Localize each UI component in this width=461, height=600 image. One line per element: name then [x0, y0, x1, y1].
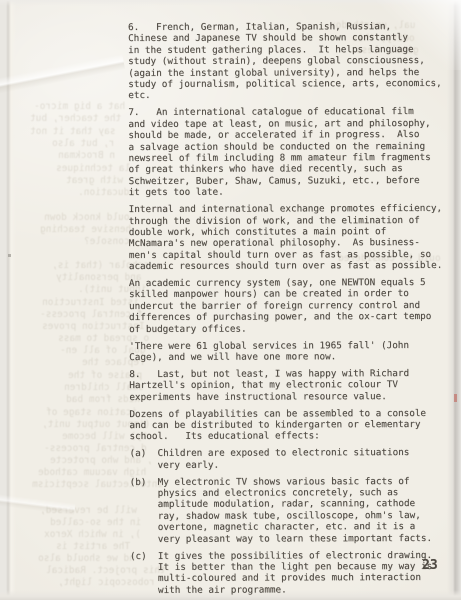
ghost-text-line: hat a big micro- [34, 101, 125, 112]
page-number: 23 [422, 558, 438, 573]
text-line: multi-coloured and it provides much inte… [130, 572, 452, 585]
text-line: of budgetary offices. [129, 323, 451, 336]
text-line: etc. [128, 89, 450, 102]
text-line: through the division of work, and the el… [129, 214, 451, 227]
text-line: McNamara's new operational philosophy. A… [129, 237, 451, 250]
ghost-text-line: ), in which Xerox [44, 529, 141, 540]
ghost-text-line: in the so-called [50, 517, 141, 528]
text-line: skilled manpower hours) can be created i… [129, 288, 451, 301]
text-line: 8. Last, but not least, I was happy with… [129, 368, 451, 381]
text-line: 'There were 61 global services in 1965 f… [129, 339, 451, 352]
paragraph: An academic currency system (say, one NE… [129, 277, 451, 335]
text-line: (a) Children are exposed to electronic s… [129, 447, 451, 460]
text-line: Chinese and Japanese TV should be shown … [128, 32, 450, 45]
ghost-text-line: ication stage of [46, 407, 137, 418]
ghost-text-line: console? [84, 236, 130, 247]
text-line: Cage), and we will have one more now. [129, 351, 451, 364]
ghost-text-line: r, but also [52, 138, 115, 149]
text-line: school. Its educational effects: [129, 430, 451, 443]
paragraph: 7. An international catalogue of educati… [128, 106, 450, 198]
paragraph: 8. Last, but not least, I was happy with… [129, 368, 451, 403]
ghost-text-line: The artist is [56, 541, 130, 552]
text-line: very early. [130, 459, 452, 472]
ghost-text-line: say that it not [30, 126, 115, 137]
text-line: amplitude modulation, radar, scanning, c… [130, 498, 452, 511]
text-line: and can be distributed to kindergarten o… [129, 419, 451, 432]
text-line: 7. An international catalogue of educati… [128, 106, 450, 119]
paragraph: Dozens of playabilities can be assembled… [129, 407, 451, 442]
ghost-text-line: f central process- [40, 309, 143, 320]
text-line: study of journalism, political science, … [128, 78, 450, 91]
text-line: differences of purchasing power, and the… [129, 311, 451, 324]
ghost-text-line: n Brockman [58, 150, 115, 161]
red-edge-mark [454, 394, 457, 402]
ghost-text-line: isted Instruction [42, 297, 139, 308]
ghost-text-line: education. [78, 187, 135, 198]
paragraph: 'There were 61 global services in 1965 f… [129, 339, 451, 363]
ghost-text-line: hensive teaching [40, 224, 131, 235]
text-line: Internal and international exchange prom… [129, 203, 451, 216]
scanned-document-page: ual, unorthodoxodity, thisginal, lesshat… [0, 0, 461, 600]
text-line: academic resources should turn over as f… [129, 260, 451, 273]
text-line: should be made, or accelerated if in pro… [128, 129, 450, 142]
ghost-text-line: ould knock down [44, 212, 129, 223]
ghost-text-line: the teacher, but [30, 113, 121, 124]
paragraph: 6. French, German, Italian, Spanish, Rus… [128, 21, 450, 102]
ghost-text-line: la techniques [56, 163, 130, 174]
text-line: very pleasant way to learn these importa… [130, 533, 452, 546]
paragraph: (a) Children are exposed to electronic s… [129, 447, 451, 471]
text-line: it gets too late. [129, 186, 451, 199]
paragraph: Internal and international exchange prom… [129, 203, 451, 273]
text-line: experiments have instructional resource … [129, 391, 451, 404]
text-line: study (without strain), deepens global c… [128, 55, 450, 68]
paragraph: (b) My electronic TV shows various basic… [130, 475, 452, 545]
text-line: overtone, magnetic character, etc. and i… [130, 521, 452, 534]
text-line: of great thinkers who have died recently… [128, 163, 450, 176]
paper-speck [8, 254, 11, 257]
text-line: (b) My electronic TV shows various basic… [130, 475, 452, 488]
paragraph: (c) It gives the possibilities of electr… [130, 549, 452, 596]
typewritten-text: 6. French, German, Italian, Spanish, Rus… [128, 21, 452, 600]
text-line: Schweitzer, Buber, Shaw, Camus, Suzuki, … [129, 175, 451, 188]
text-line: with the air programme. [130, 584, 452, 597]
ghost-text-line: nd we should also [38, 553, 135, 564]
